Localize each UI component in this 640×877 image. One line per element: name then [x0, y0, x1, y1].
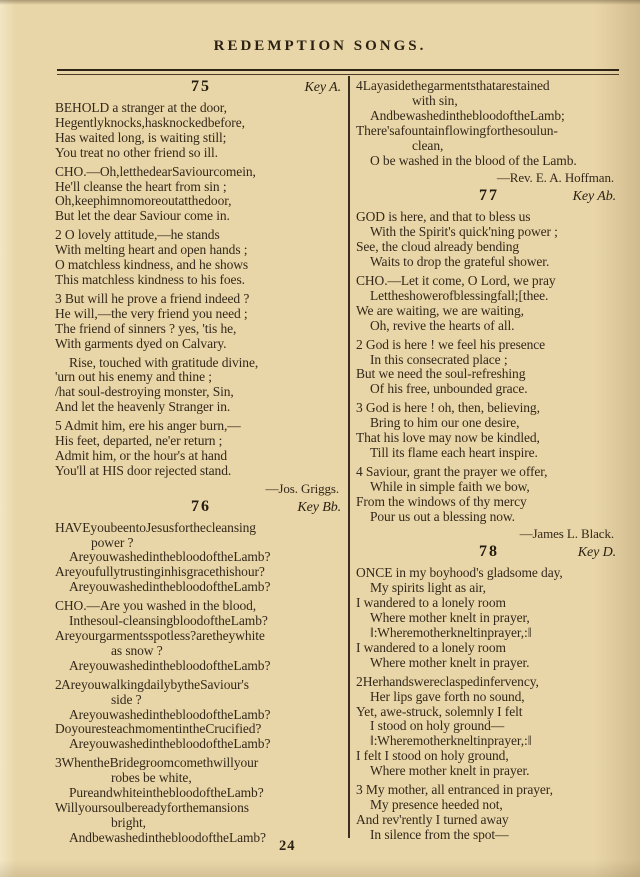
- hymn-stanza: 3 My mother, all entranced in prayer,My …: [356, 783, 622, 843]
- hymn-line: Pure and white in the blood of the Lamb?: [55, 786, 347, 801]
- hymn-stanza: 2 Are you walking daily by the Saviour's…: [55, 678, 347, 753]
- hymn-line: 4 Lay aside the garments that are staine…: [356, 79, 622, 94]
- hymn-line: 3 But will he prove a friend indeed ?: [55, 292, 347, 307]
- hymn-line: /hat soul-destroying monster, Sin,: [55, 385, 347, 400]
- hymn-line: O matchless kindness, and he shows: [55, 258, 347, 273]
- hymn-line: clean,: [356, 139, 622, 154]
- hymn-line: This matchless kindness to his foes.: [55, 273, 347, 288]
- hymn-line: Are you washed in the blood of the Lamb?: [55, 737, 347, 752]
- hymn-line: My presence heeded not,: [356, 798, 622, 813]
- page-header-title: REDEMPTION SONGS.: [0, 38, 640, 55]
- page-number: 24: [279, 838, 296, 855]
- hymn-stanza: CHO.—Let it come, O Lord, we prayLet the…: [356, 274, 622, 334]
- hymn-line: Do you rest each moment in the Crucified…: [55, 722, 347, 737]
- hymn-line: ‖: Where mother knelt in prayer, :‖: [356, 626, 622, 641]
- hymn-stanza: 3 God is here ! oh, then, believing,Brin…: [356, 401, 622, 461]
- hymn-line: And be washed in the blood of the Lamb?: [55, 831, 347, 846]
- hymn-line: CHO.—Oh, let the dear Saviour come in,: [55, 165, 347, 180]
- hymn-stanza: 2 God is here ! we feel his presenceIn t…: [356, 338, 622, 398]
- hymn-stanza: HAVE you been to Jesus for the cleansing…: [55, 521, 347, 596]
- hymn-stanza: 3 But will he prove a friend indeed ?He …: [55, 292, 347, 352]
- hymn-line: Bring to him our one desire,: [356, 416, 622, 431]
- attribution-line: —Jos. Griggs.: [55, 482, 347, 497]
- header-rule: [57, 69, 619, 75]
- hymn-line: O be washed in the blood of the Lamb.: [356, 154, 622, 169]
- hymn-line: There's a fountain flowing for the soul …: [356, 124, 622, 139]
- hymn-line: With the Spirit's quick'ning power ;: [356, 225, 622, 240]
- hymn-line: He'll cleanse the heart from sin ;: [55, 180, 347, 195]
- hymn-line: His feet, departed, ne'er return ;: [55, 434, 347, 449]
- hymn-line: Where mother knelt in prayer.: [356, 764, 622, 779]
- hymn-line: 'urn out his enemy and thine ;: [55, 370, 347, 385]
- hymn-line: Oh, revive the hearts of all.: [356, 319, 622, 334]
- hymn-line: ‖: Where mother knelt in prayer, :‖: [356, 734, 622, 749]
- hymn-line: Let the shower of blessing fall ; [thee.: [356, 289, 622, 304]
- hymn-line: Till its flame each heart inspire.: [356, 446, 622, 461]
- hymn-stanza: 2 Her hands were clasped in fervency,Her…: [356, 675, 622, 779]
- hymn-line: BEHOLD a stranger at the door,: [55, 101, 347, 116]
- hymn-line: My spirits light as air,: [356, 581, 622, 596]
- hymn-line: Where mother knelt in prayer,: [356, 611, 622, 626]
- hymn-line: From the windows of thy mercy: [356, 495, 622, 510]
- hymn-line: Will your soul be ready for the mansions: [55, 801, 347, 816]
- hymn-line: But we need the soul-refreshing: [356, 367, 622, 382]
- hymn-line: 5 Admit him, ere his anger burn,—: [55, 419, 347, 434]
- hymn-heading: 75Key A.: [55, 80, 347, 99]
- left-column: 75Key A.BEHOLD a stranger at the door,He…: [55, 79, 347, 850]
- hymn-line: Oh, keep him no more out at the door,: [55, 194, 347, 209]
- hymn-heading: 76Key Bb.: [55, 500, 347, 519]
- hymn-stanza: 4 Saviour, grant the prayer we offer,Whi…: [356, 465, 622, 525]
- hymn-stanza: BEHOLD a stranger at the door,He gently …: [55, 101, 347, 161]
- hymn-key: Key Bb.: [297, 501, 341, 516]
- hymn-line: While in simple faith we bow,: [356, 480, 622, 495]
- hymn-stanza: GOD is here, and that to bless usWith th…: [356, 210, 622, 270]
- hymn-line: We are waiting, we are waiting,: [356, 304, 622, 319]
- hymn-line: I stood on holy ground—: [356, 719, 622, 734]
- hymn-line: Of his free, unbounded grace.: [356, 382, 622, 397]
- hymn-line: Waits to drop the grateful shower.: [356, 255, 622, 270]
- hymn-line: power ?: [55, 536, 347, 551]
- hymn-line: In silence from the spot—: [356, 828, 622, 843]
- hymn-line: And be washed in the blood of the Lamb;: [356, 109, 622, 124]
- hymn-line: Where mother knelt in prayer.: [356, 656, 622, 671]
- book-page: REDEMPTION SONGS. 75Key A.BEHOLD a stran…: [0, 0, 640, 877]
- hymn-line: Has waited long, is waiting still;: [55, 131, 347, 146]
- hymn-line: See, the cloud already bending: [356, 240, 622, 255]
- hymn-line: CHO.—Let it come, O Lord, we pray: [356, 274, 622, 289]
- hymn-stanza: ONCE in my boyhood's gladsome day,My spi…: [356, 566, 622, 670]
- hymn-line: I felt I stood on holy ground,: [356, 749, 622, 764]
- hymn-line: bright,: [55, 816, 347, 831]
- hymn-heading: 78Key D.: [356, 545, 622, 564]
- hymn-line: Are you washed in the blood of the Lamb?: [55, 550, 347, 565]
- hymn-key: Key A.: [305, 81, 341, 96]
- hymn-line: Are you fully trusting in his grace this…: [55, 565, 347, 580]
- hymn-stanza: CHO.—Oh, let the dear Saviour come in,He…: [55, 165, 347, 225]
- hymn-line: You treat no other friend so ill.: [55, 146, 347, 161]
- hymn-line: CHO.—Are you washed in the blood,: [55, 599, 347, 614]
- hymn-line: Admit him, or the hour's at hand: [55, 449, 347, 464]
- hymn-line: robes be white,: [55, 771, 347, 786]
- hymn-line: And let the heavenly Stranger in.: [55, 400, 347, 415]
- hymn-line: I wandered to a lonely room: [356, 641, 622, 656]
- hymn-line: 2 God is here ! we feel his presence: [356, 338, 622, 353]
- hymn-line: With melting heart and open hands ;: [55, 243, 347, 258]
- hymn-line: Yet, awe-struck, solemnly I felt: [356, 705, 622, 720]
- hymn-line: Are you washed in the blood of the Lamb?: [55, 580, 347, 595]
- attribution-line: —James L. Black.: [356, 527, 622, 542]
- hymn-line: side ?: [55, 693, 347, 708]
- hymn-line: 3 God is here ! oh, then, believing,: [356, 401, 622, 416]
- hymn-stanza: 4 Lay aside the garments that are staine…: [356, 79, 622, 168]
- hymn-line: ONCE in my boyhood's gladsome day,: [356, 566, 622, 581]
- hymn-line: Pour us out a blessing now.: [356, 510, 622, 525]
- hymn-line: The friend of sinners ? yes, 'tis he,: [55, 322, 347, 337]
- hymn-line: GOD is here, and that to bless us: [356, 210, 622, 225]
- hymn-number: 75: [55, 80, 347, 95]
- hymn-stanza: 2 O lovely attitude,—he standsWith melti…: [55, 228, 347, 288]
- hymn-heading: 77Key Ab.: [356, 189, 622, 208]
- hymn-line: I wandered to a lonely room: [356, 596, 622, 611]
- hymn-line: with sin,: [356, 94, 622, 109]
- hymn-line: That his love may now be kindled,: [356, 431, 622, 446]
- hymn-line: Her lips gave forth no sound,: [356, 690, 622, 705]
- hymn-line: HAVE you been to Jesus for the cleansing: [55, 521, 347, 536]
- hymn-line: Are your garments spotless? are they whi…: [55, 629, 347, 644]
- hymn-line: He gently knocks, has knocked before,: [55, 116, 347, 131]
- hymn-line: In this consecrated place ;: [356, 353, 622, 368]
- hymn-line: 3 When the Bridegroom cometh will your: [55, 756, 347, 771]
- hymn-line: 2 O lovely attitude,—he stands: [55, 228, 347, 243]
- hymn-line: You'll at HIS door rejected stand.: [55, 464, 347, 479]
- hymn-line: In the soul-cleansing blood of the Lamb?: [55, 614, 347, 629]
- hymn-line: He will,—the very friend you need ;: [55, 307, 347, 322]
- hymn-line: as snow ?: [55, 644, 347, 659]
- hymn-line: With garments dyed on Calvary.: [55, 337, 347, 352]
- hymn-line: 4 Saviour, grant the prayer we offer,: [356, 465, 622, 480]
- hymn-key: Key Ab.: [573, 190, 616, 205]
- hymn-stanza: 3 When the Bridegroom cometh will yourro…: [55, 756, 347, 845]
- hymn-stanza: CHO.—Are you washed in the blood,In the …: [55, 599, 347, 674]
- attribution-line: —Rev. E. A. Hoffman.: [356, 171, 622, 186]
- hymn-line: But let the dear Saviour come in.: [55, 209, 347, 224]
- hymn-line: Rise, touched with gratitude divine,: [55, 356, 347, 371]
- hymn-stanza: 5 Admit him, ere his anger burn,—His fee…: [55, 419, 347, 479]
- hymn-line: Are you washed in the blood of the Lamb?: [55, 659, 347, 674]
- hymn-stanza: Rise, touched with gratitude divine,'urn…: [55, 356, 347, 416]
- column-divider-rule: [348, 76, 350, 838]
- hymn-line: Are you washed in the blood of the Lamb?: [55, 708, 347, 723]
- hymn-line: And rev'rently I turned away: [356, 813, 622, 828]
- hymn-line: 2 Are you walking daily by the Saviour's: [55, 678, 347, 693]
- right-column: 4 Lay aside the garments that are staine…: [356, 79, 622, 847]
- hymn-line: 2 Her hands were clasped in fervency,: [356, 675, 622, 690]
- hymn-key: Key D.: [578, 546, 616, 561]
- hymn-line: 3 My mother, all entranced in prayer,: [356, 783, 622, 798]
